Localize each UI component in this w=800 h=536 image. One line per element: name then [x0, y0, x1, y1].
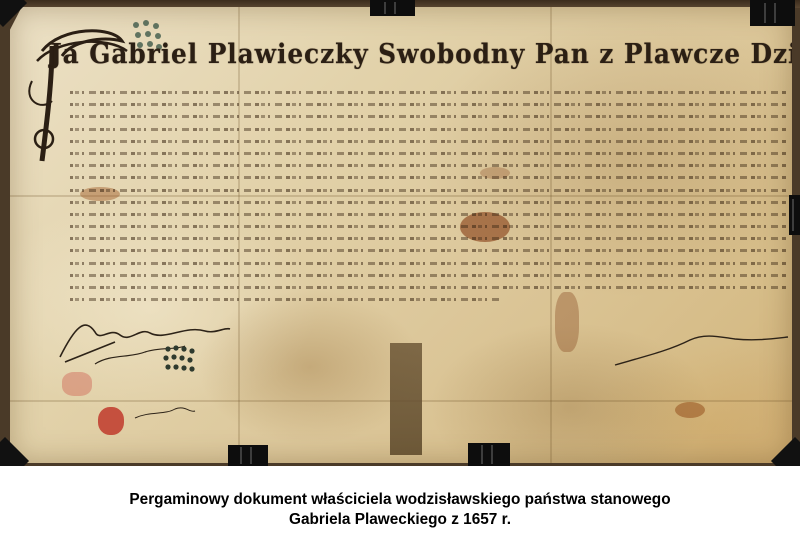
script-line [70, 256, 788, 268]
stain [675, 402, 705, 418]
seal-stamp-icon [160, 343, 200, 379]
small-signature [130, 403, 200, 423]
script-line [70, 122, 788, 134]
signature-right [610, 325, 790, 375]
script-line [70, 158, 788, 170]
script-line [70, 146, 788, 158]
binder-clip [228, 445, 268, 466]
script-line [70, 183, 788, 195]
binder-clip [789, 195, 800, 235]
script-line [70, 268, 788, 280]
script-line [70, 85, 788, 97]
caption-line-1: Pergaminowy dokument właściciela wodzisł… [16, 490, 784, 510]
binder-clip [370, 0, 415, 16]
caption-line-2: Gabriela Plaweckiego z 1657 r. [16, 510, 784, 530]
binder-clip [750, 0, 795, 26]
script-line [70, 292, 501, 304]
binder-clip [468, 443, 510, 466]
handwritten-body [70, 85, 788, 304]
script-line [70, 280, 788, 292]
script-line [70, 97, 788, 109]
red-seal [98, 407, 124, 435]
photo-caption: Pergaminowy dokument właściciela wodzisł… [0, 490, 800, 530]
script-line [70, 243, 788, 255]
script-line [70, 134, 788, 146]
document-photo: Ja Gabriel Plawieczky Swobodny Pan z Pla… [0, 0, 800, 466]
document-heading: Ja Gabriel Plawieczky Swobodny Pan z Pla… [50, 39, 722, 81]
script-line [70, 195, 788, 207]
script-line [70, 109, 788, 121]
red-seal-faded [62, 372, 92, 396]
seal-strip [390, 343, 422, 455]
script-line [70, 170, 788, 182]
parchment-sheet: Ja Gabriel Plawieczky Swobodny Pan z Pla… [10, 7, 792, 463]
script-line [70, 231, 788, 243]
script-line [70, 219, 788, 231]
script-line [70, 207, 788, 219]
